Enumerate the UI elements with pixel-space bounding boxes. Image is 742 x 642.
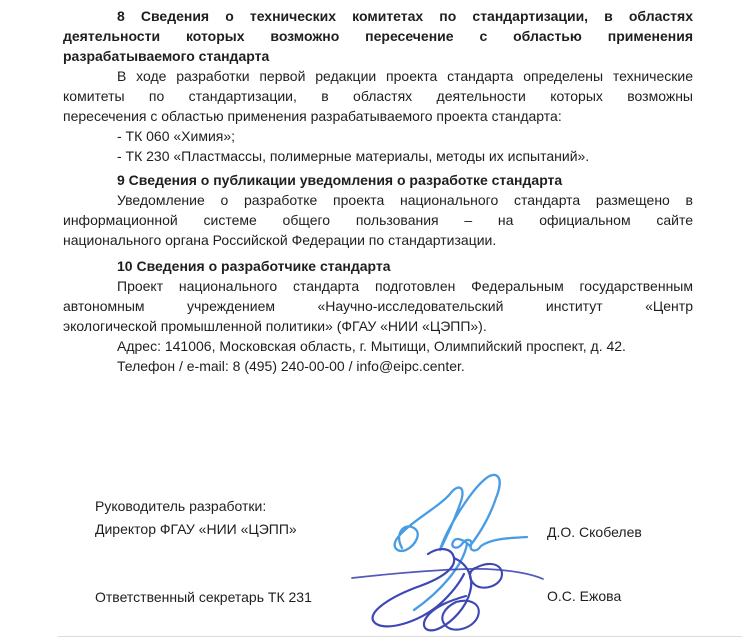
section-9-heading: 9 Сведения о публикации уведомления о ра…: [63, 170, 693, 190]
section-9-body-line: национального органа Российской Федераци…: [63, 230, 693, 250]
section-10-body-line: экологической промышленной политики» (ФГ…: [63, 316, 693, 336]
signature-ezhova-icon: [352, 549, 543, 630]
section-9: 9 Сведения о публикации уведомления о ра…: [63, 170, 693, 250]
section-10: 10 Сведения о разработчике стандарта Про…: [63, 256, 693, 376]
section-8-heading-line: 8 Сведения о технических комитетах по ст…: [63, 6, 693, 26]
section-8: 8 Сведения о технических комитетах по ст…: [63, 6, 693, 166]
signature-role-header: Руководитель разработки:: [95, 497, 266, 515]
section-10-heading: 10 Сведения о разработчике стандарта: [63, 256, 693, 276]
section-8-heading-line: деятельности которых возможно пересечени…: [63, 26, 693, 46]
section-8-body-line: комитеты по стандартизации, в областях д…: [63, 86, 693, 106]
section-8-body-line: В ходе разработки первой редакции проект…: [63, 66, 693, 86]
section-9-body-line: информационной системе общего пользовани…: [63, 210, 693, 230]
section-8-heading-line: разрабатываемого стандарта: [63, 46, 693, 66]
handwritten-signatures: [336, 452, 666, 642]
developer-contact-line: Телефон / e-mail: 8 (495) 240-00-00 / in…: [63, 356, 693, 376]
tk-230-list-item: - ТК 230 «Пластмассы, полимерные материа…: [63, 146, 693, 166]
scanned-document-page: { "page": { "background": "#ffffff", "te…: [0, 0, 742, 642]
tk-060-list-item: - ТК 060 «Химия»;: [63, 126, 693, 146]
signature-row1-label: Директор ФГАУ «НИИ «ЦЭПП»: [95, 520, 297, 538]
section-9-body-line: Уведомление о разработке проекта национа…: [63, 190, 693, 210]
section-10-body-line: автономным учреждением «Научно-исследова…: [63, 296, 693, 316]
developer-address-line: Адрес: 141006, Московская область, г. Мы…: [63, 336, 693, 356]
scan-edge-line: [58, 636, 742, 637]
section-8-body-line: пересечения с областью применения разраб…: [63, 106, 693, 126]
section-10-body-line: Проект национального стандарта подготовл…: [63, 276, 693, 296]
signature-skobelev-icon: [395, 475, 527, 610]
signature-row2-label: Ответственный секретарь ТК 231: [95, 588, 312, 606]
